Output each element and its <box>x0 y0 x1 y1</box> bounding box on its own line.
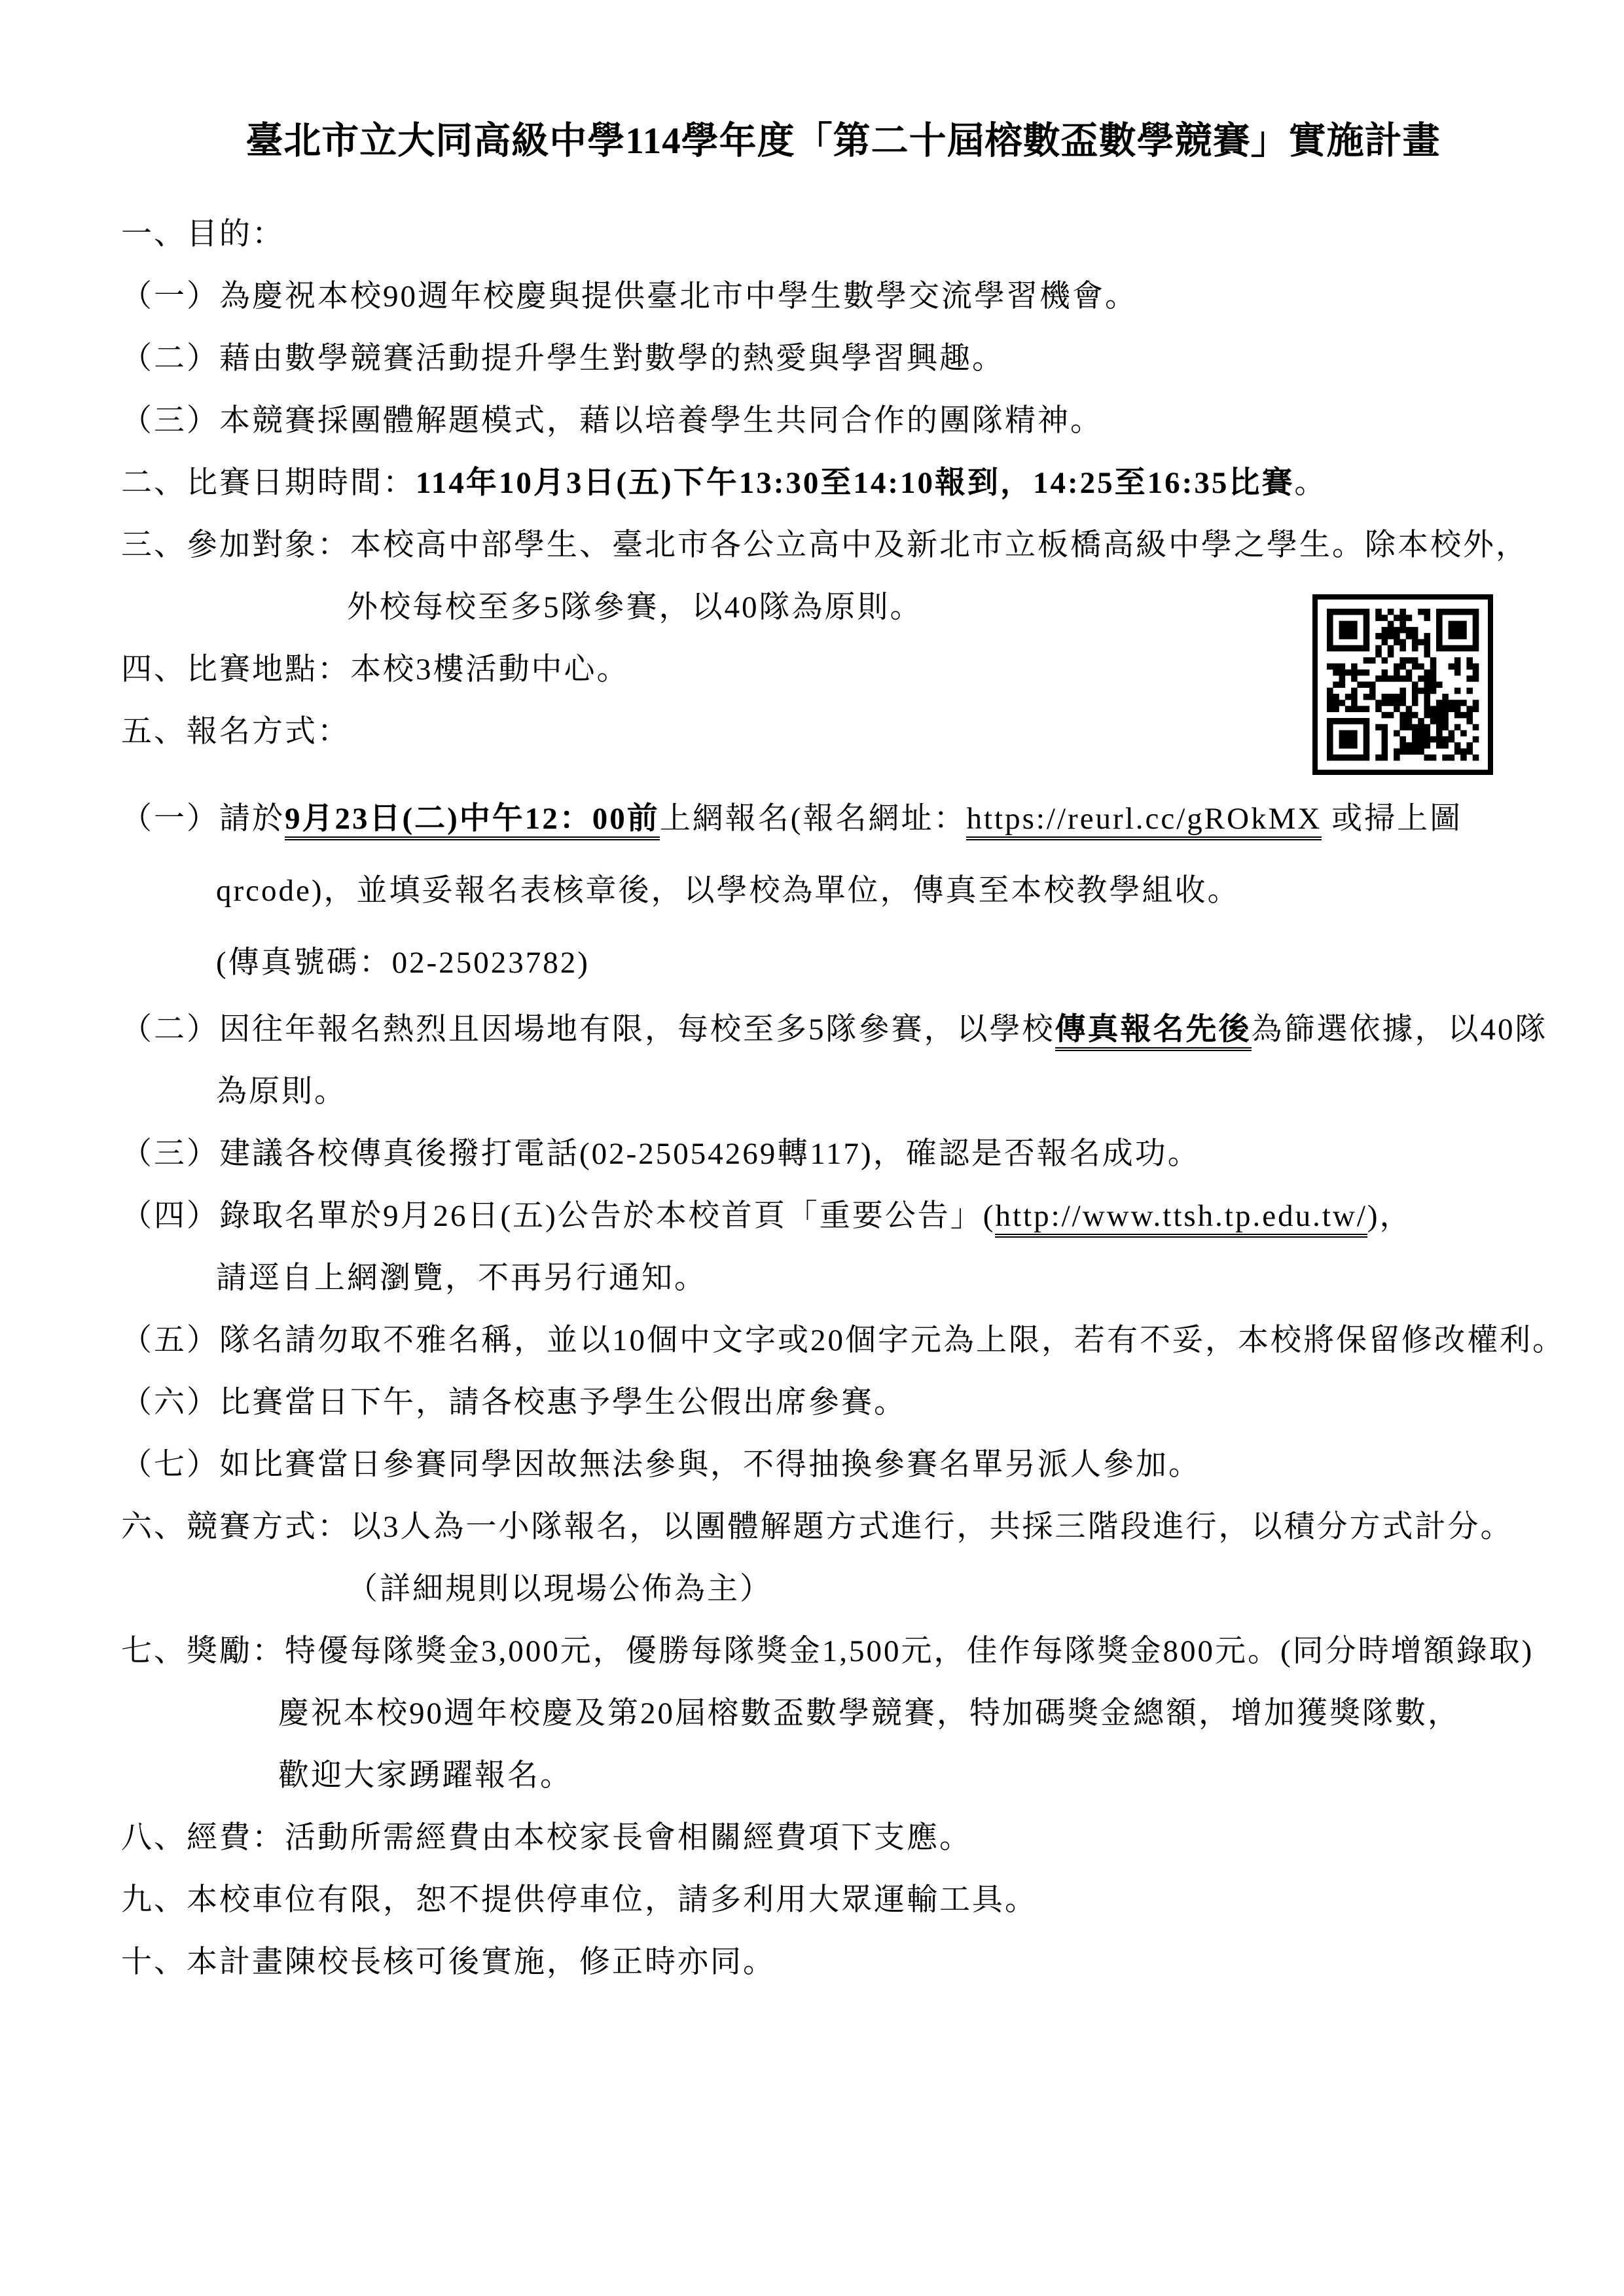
text-segment: （一）為慶祝本校90週年校慶與提供臺北市中學生數學交流學習機會。 <box>121 279 1138 314</box>
doc-line: 為原則。 <box>216 1061 1565 1123</box>
text-segment: （三）本競賽採團體解題模式，藉以培養學生共同合作的團隊精神。 <box>121 404 1103 438</box>
text-segment: )， <box>1367 1199 1413 1233</box>
doc-line: 請逕自上網瀏覽，不再另行通知。 <box>216 1247 1565 1310</box>
text-segment: 四、比賽地點：本校3樓活動中心。 <box>121 653 630 687</box>
text-segment: 114年10月3日(五)下午13:30至14:10報到，14:25至16:35比… <box>416 466 1294 500</box>
doc-line: （六）比賽當日下午，請各校惠予學生公假出席參賽。 <box>121 1372 1565 1434</box>
text-segment: 上網報名(報名網址： <box>660 802 967 836</box>
text-segment: （三）建議各校傳真後撥打電話(02-25054269轉117)，確認是否報名成功… <box>121 1137 1200 1171</box>
doc-line: 慶祝本校90週年校慶及第20屆榕數盃數學競賽，特加碼獎金總額，增加獲獎隊數， <box>278 1683 1565 1745</box>
registration-url: https://reurl.cc/gROkMX <box>966 802 1322 840</box>
text-segment: 五、報名方式： <box>121 715 350 749</box>
doc-line: 一、目的： <box>121 204 1565 266</box>
text-segment: （五）隊名請勿取不雅名稱，並以10個中文字或20個字元為上限，若有不妥，本校將保… <box>121 1323 1565 1357</box>
doc-line: 六、競賽方式：以3人為一小隊報名，以團體解題方式進行，共採三階段進行，以積分方式… <box>121 1496 1565 1558</box>
doc-line: 九、本校車位有限，恕不提供停車位，請多利用大眾運輸工具。 <box>121 1869 1565 1931</box>
doc-line: （詳細規則以現場公佈為主） <box>347 1558 1565 1621</box>
qr-code-pattern <box>1318 600 1488 770</box>
text-segment: （二）藉由數學競賽活動提升學生對數學的熱愛與學習興趣。 <box>121 342 1005 376</box>
doc-line: （二）因往年報名熱烈且因場地有限，每校至多5隊參賽，以學校傳真報名先後為篩選依據… <box>121 999 1565 1061</box>
document-body: 一、目的：（一）為慶祝本校90週年校慶與提供臺北市中學生數學交流學習機會。（二）… <box>121 204 1565 1994</box>
text-segment: 九、本校車位有限，恕不提供停車位，請多利用大眾運輸工具。 <box>121 1883 1038 1917</box>
text-segment: 傳真報名先後 <box>1055 1013 1252 1051</box>
doc-line: qrcode)，並填妥報名表核章後，以學校為單位，傳真至本校教學組收。 <box>216 855 1565 927</box>
text-segment: 十、本計畫陳校長核可後實施，修正時亦同。 <box>121 1945 776 1979</box>
doc-line: （三）本競賽採團體解題模式，藉以培養學生共同合作的團隊精神。 <box>121 390 1565 452</box>
text-segment: 一、目的： <box>121 217 285 251</box>
text-segment: (傳真號碼：02-25023782) <box>216 946 590 980</box>
doc-line: （三）建議各校傳真後撥打電話(02-25054269轉117)，確認是否報名成功… <box>121 1123 1565 1185</box>
doc-line: 十、本計畫陳校長核可後實施，修正時亦同。 <box>121 1931 1565 1994</box>
doc-line: （一）請於9月23日(二)中午12：00前上網報名(報名網址：https://r… <box>121 783 1565 855</box>
text-segment: 9月23日(二)中午12：00前 <box>285 802 660 840</box>
text-segment: 八、經費：活動所需經費由本校家長會相關經費項下支應。 <box>121 1821 972 1855</box>
text-segment: （四）錄取名單於9月26日(五)公告於本校首頁「重要公告」( <box>121 1199 995 1233</box>
text-segment: （一）請於 <box>121 802 285 836</box>
doc-line: 歡迎大家踴躍報名。 <box>278 1745 1565 1807</box>
text-segment: 為原則。 <box>216 1075 347 1109</box>
text-segment: （二）因往年報名熱烈且因場地有限，每校至多5隊參賽，以學校 <box>121 1013 1055 1047</box>
doc-line: （五）隊名請勿取不雅名稱，並以10個中文字或20個字元為上限，若有不妥，本校將保… <box>121 1310 1565 1372</box>
doc-line: （一）為慶祝本校90週年校慶與提供臺北市中學生數學交流學習機會。 <box>121 266 1565 328</box>
doc-line: （二）藉由數學競賽活動提升學生對數學的熱愛與學習興趣。 <box>121 328 1565 390</box>
text-segment: 或掃上圖 <box>1322 802 1462 836</box>
text-segment: 外校每校至多5隊參賽，以40隊為原則。 <box>347 590 923 624</box>
text-segment: 。 <box>1294 466 1327 500</box>
document-page: 臺北市立大同高級中學114學年度「第二十屆榕數盃數學競賽」實施計畫 一、目的：（… <box>0 0 1624 2296</box>
text-segment: 請逕自上網瀏覽，不再另行通知。 <box>216 1261 707 1295</box>
text-segment: （詳細規則以現場公佈為主） <box>347 1572 772 1606</box>
text-segment: 歡迎大家踴躍報名。 <box>278 1759 573 1793</box>
text-segment: 七、獎勵：特優每隊獎金3,000元，優勝每隊獎金1,500元，佳作每隊獎金800… <box>121 1634 1534 1668</box>
doc-line: 二、比賽日期時間：114年10月3日(五)下午13:30至14:10報到，14:… <box>121 452 1565 514</box>
registration-qr-code <box>1312 594 1493 775</box>
text-segment: 為篩選依據，以40隊 <box>1252 1013 1548 1047</box>
document-title: 臺北市立大同高級中學114學年度「第二十屆榕數盃數學競賽」實施計畫 <box>121 0 1565 166</box>
text-segment: 三、參加對象：本校高中部學生、臺北市各公立高中及新北市立板橋高級中學之學生。除本… <box>121 528 1528 562</box>
text-segment: 六、競賽方式：以3人為一小隊報名，以團體解題方式進行，共採三階段進行，以積分方式… <box>121 1510 1513 1544</box>
doc-line: 八、經費：活動所需經費由本校家長會相關經費項下支應。 <box>121 1807 1565 1869</box>
doc-line: (傳真號碼：02-25023782) <box>216 927 1565 999</box>
text-segment: qrcode)，並填妥報名表核章後，以學校為單位，傳真至本校教學組收。 <box>216 874 1240 908</box>
school-homepage-url: http://www.ttsh.tp.edu.tw/ <box>995 1199 1367 1238</box>
text-segment: 二、比賽日期時間： <box>121 466 416 500</box>
doc-line: 三、參加對象：本校高中部學生、臺北市各公立高中及新北市立板橋高級中學之學生。除本… <box>121 514 1565 577</box>
doc-line: （四）錄取名單於9月26日(五)公告於本校首頁「重要公告」(http://www… <box>121 1185 1565 1247</box>
text-segment: （六）比賽當日下午，請各校惠予學生公假出席參賽。 <box>121 1386 907 1420</box>
doc-line: 七、獎勵：特優每隊獎金3,000元，優勝每隊獎金1,500元，佳作每隊獎金800… <box>121 1621 1565 1683</box>
doc-line: （七）如比賽當日參賽同學因故無法參與，不得抽換參賽名單另派人參加。 <box>121 1434 1565 1496</box>
text-segment: （七）如比賽當日參賽同學因故無法參與，不得抽換參賽名單另派人參加。 <box>121 1448 1201 1482</box>
text-segment: 慶祝本校90週年校慶及第20屆榕數盃數學競賽，特加碼獎金總額，增加獲獎隊數， <box>278 1696 1460 1731</box>
